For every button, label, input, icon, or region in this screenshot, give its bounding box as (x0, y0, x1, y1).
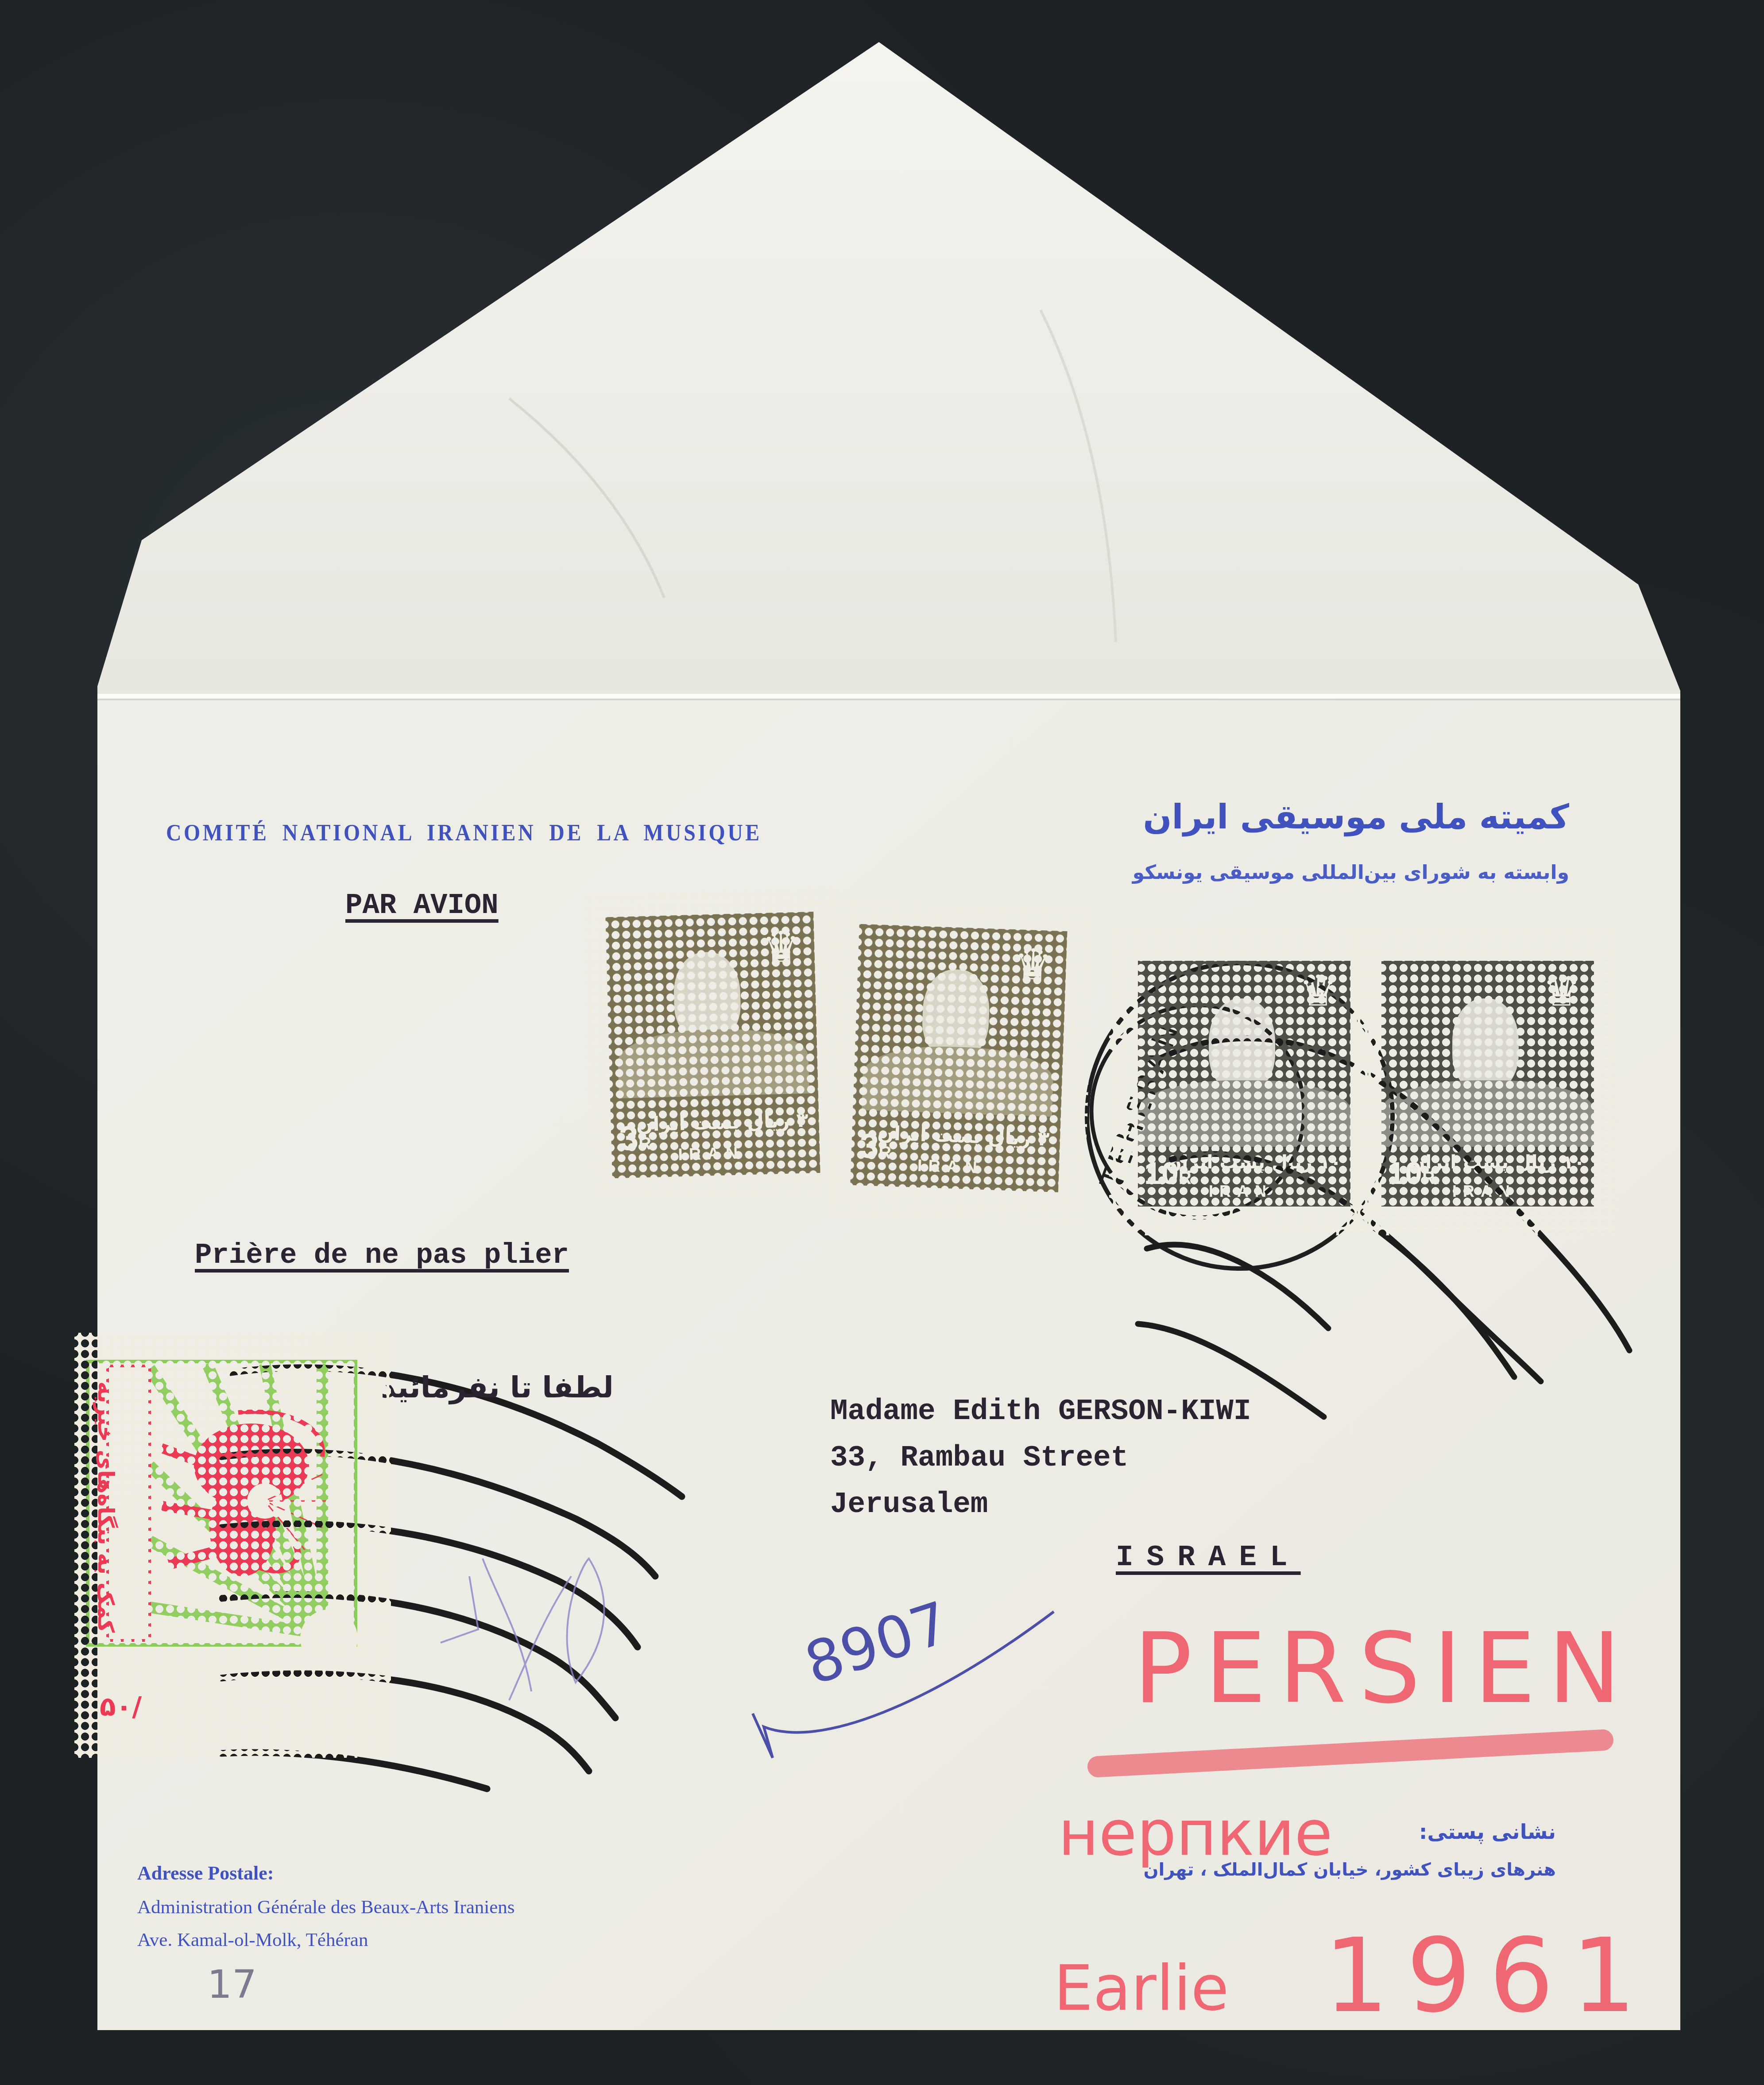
return-address-title: Adresse Postale: (137, 1862, 274, 1884)
envelope-scene: TEHERAN COMITÉ NATI (0, 0, 1764, 2085)
return-address-line1: Administration Générale des Beaux-Arts I… (137, 1896, 515, 1918)
recipient-city: Jerusalem (830, 1488, 988, 1521)
stamp-10r-2: ♛ 10R. ۱۰ ریال پست ایران IRAN (1350, 925, 1616, 1235)
crown-icon: ♛ (1299, 970, 1337, 1012)
no-fold-label-french: Prière de ne pas plier (195, 1240, 569, 1272)
crown-icon: ♛ (1013, 943, 1052, 986)
pencil-number: 17 (207, 1961, 257, 2007)
recipient-name: Madame Edith GERSON-KIWI (830, 1395, 1251, 1428)
recipient-street: 33, Rambau Street (830, 1441, 1128, 1474)
handwritten-persien: PERSIEN (1133, 1612, 1633, 1725)
letterhead-french: COMITÉ NATIONAL IRANIEN DE LA MUSIQUE (166, 820, 762, 846)
handwritten-note-red: нерпкие (1058, 1798, 1333, 1870)
stamp-10r-1: ♛ 10R. ۱۰ ریال پست ایران IRAN (1109, 925, 1375, 1235)
crown-icon: ♛ (762, 925, 801, 969)
stamp-3r-2: ♛ 3R. ۳ ریال پست ایران IRAN (827, 899, 1095, 1226)
charity-stamp-value: ۵۰/ (100, 1691, 142, 1722)
return-address-persian-line: هنرهای زیبای کشور، خیابان کمال‌الملک ، ت… (1143, 1860, 1556, 1880)
envelope-flap (97, 42, 1680, 700)
crown-icon: ♛ (1543, 970, 1581, 1012)
return-address-persian-title: نشانی پستی: (1419, 1820, 1556, 1844)
letterhead-persian-subtitle: وابسته به شورای بین‌المللی موسیقی یونسکو (1133, 861, 1569, 884)
handwritten-year: 1961 (1324, 1917, 1654, 2035)
letterhead-persian-title: کمیته ملی موسیقی ایران (1143, 797, 1569, 836)
recipient-country: ISRAEL (1116, 1541, 1301, 1574)
handwritten-earlier: Earlie (1054, 1953, 1229, 2025)
par-avion-label: PAR AVION (345, 890, 499, 922)
no-fold-label-persian: لطفا تا نفرمائید (381, 1370, 614, 1404)
stamp-3r-1: ♛ 3R. ۳ ریال پست ایران IRAN (583, 887, 847, 1203)
return-address-line2: Ave. Kamal-ol-Molk, Téhéran (137, 1929, 368, 1951)
charity-stamp-text: کمک به بنگاه‌های خیریه (93, 1381, 119, 1633)
